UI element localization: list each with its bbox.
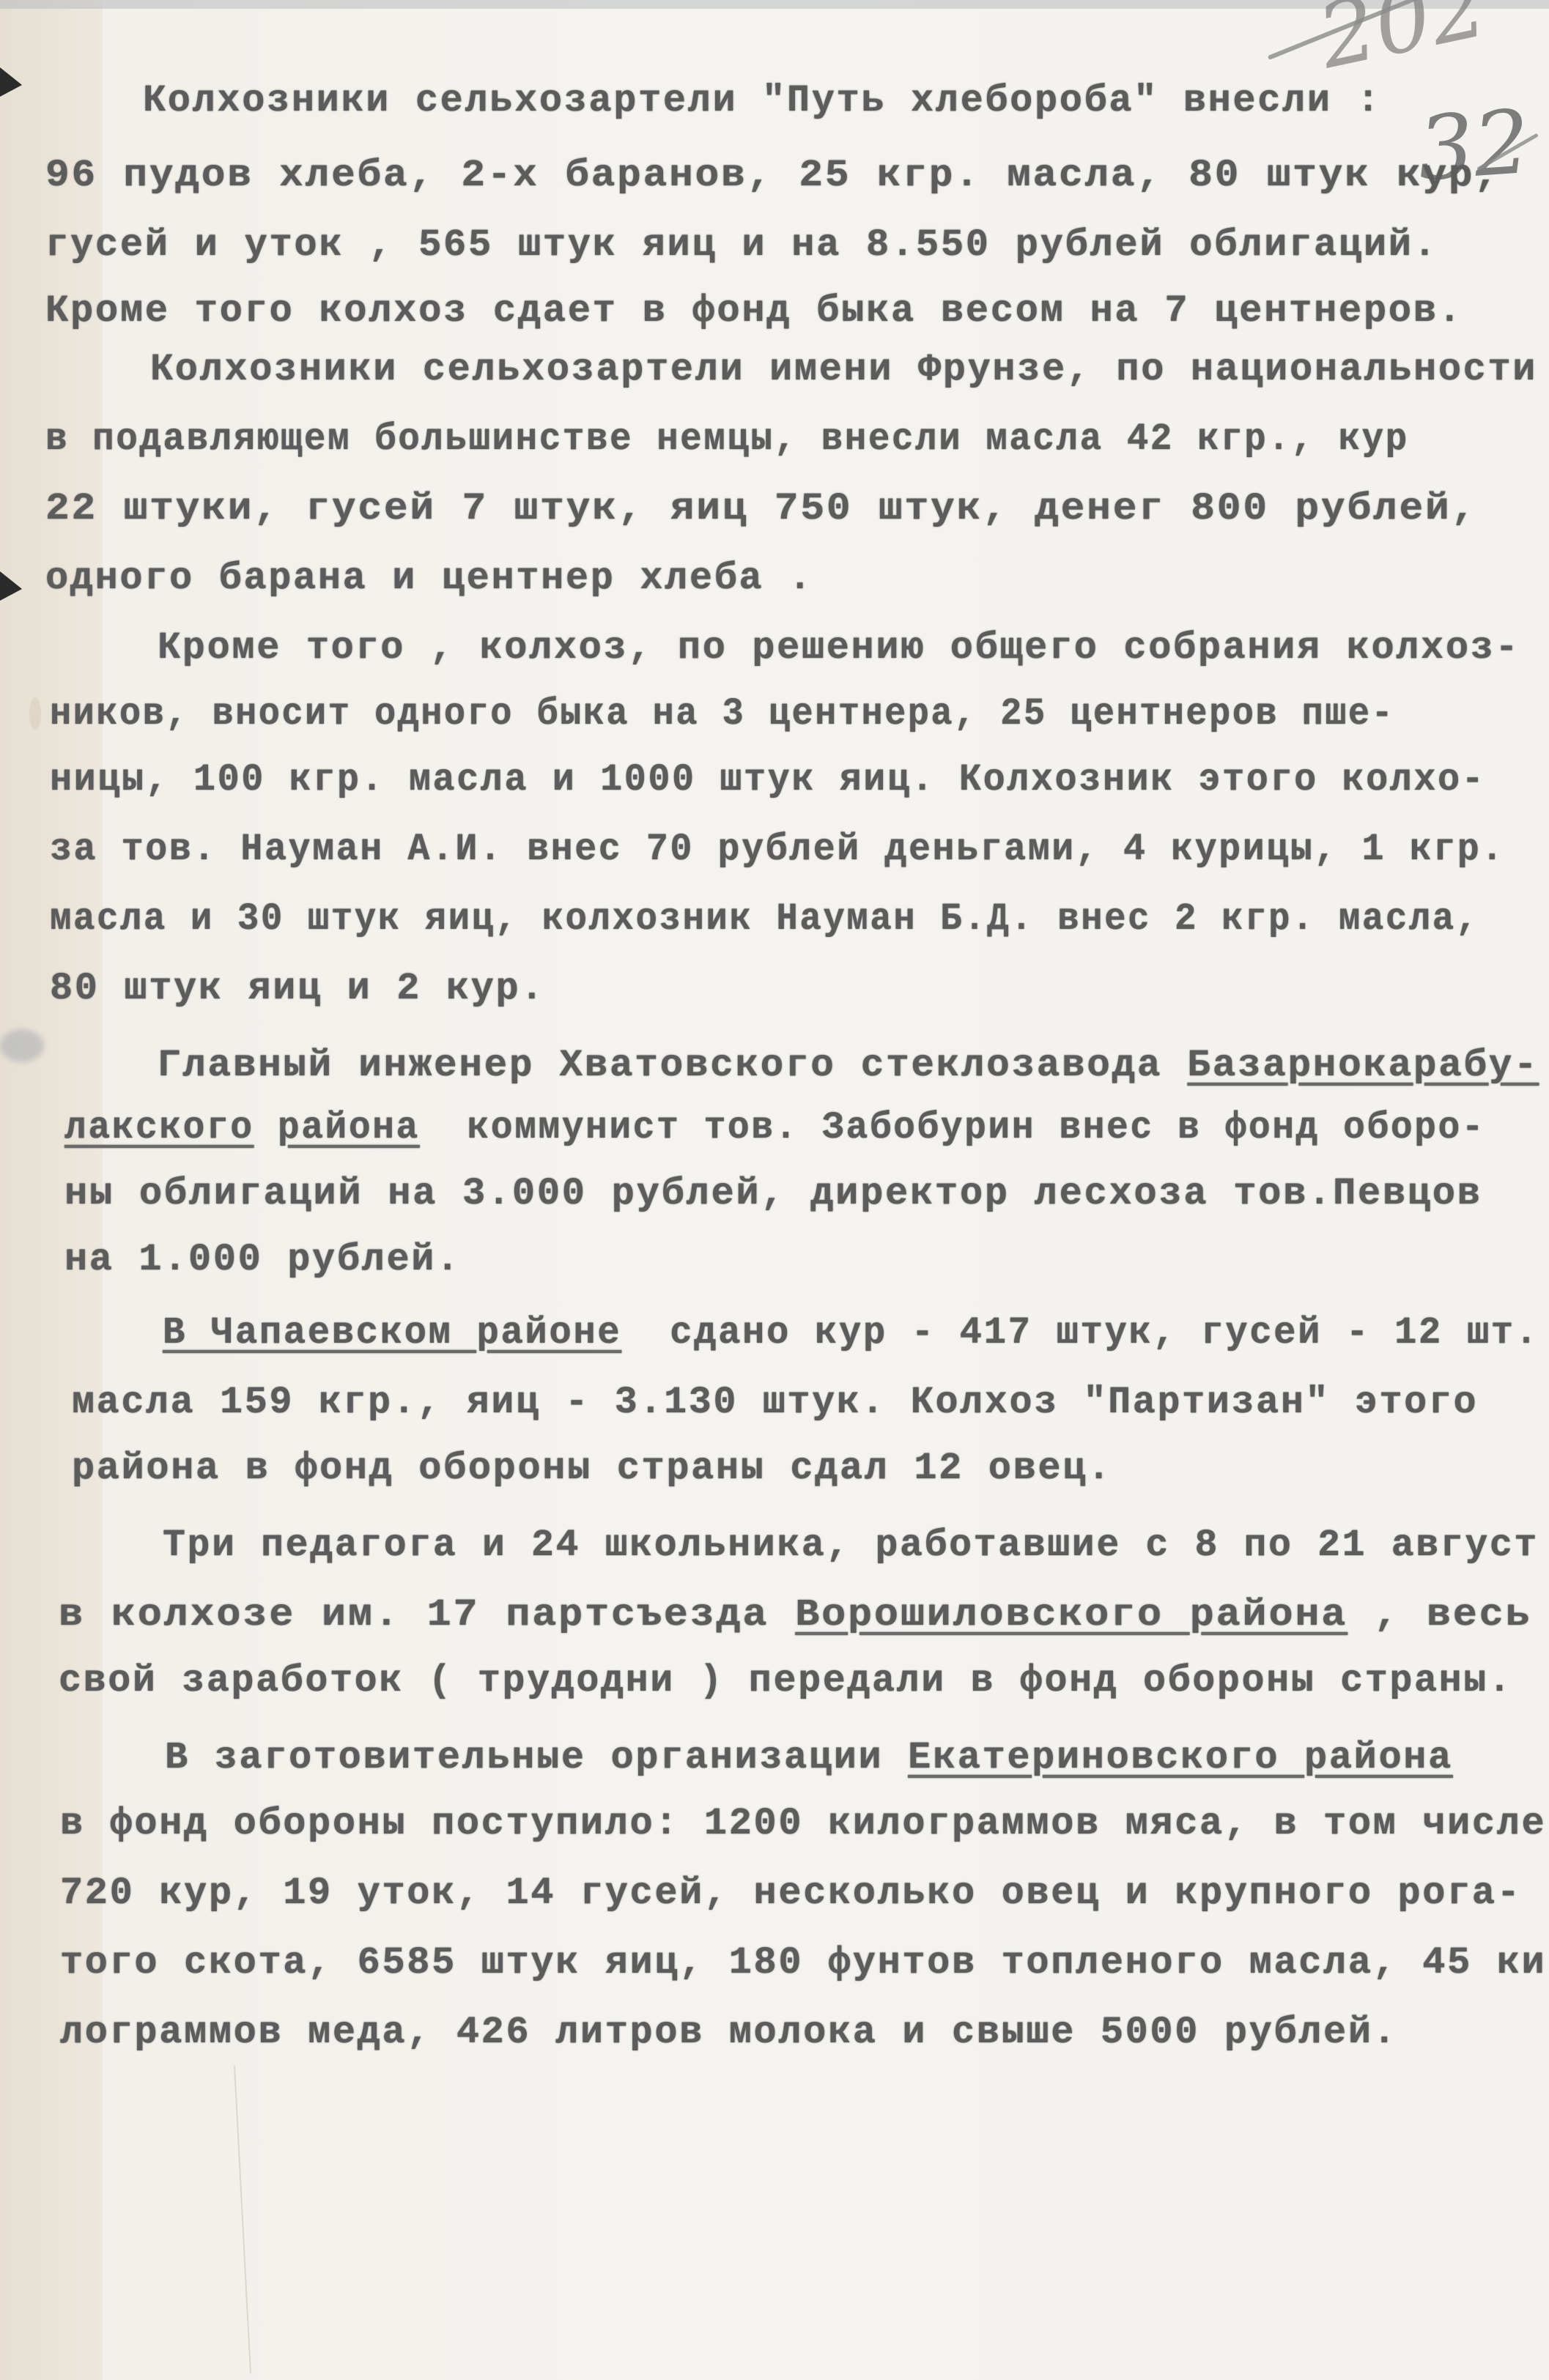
text-line: лограммов меда, 426 литров молока и свыш…	[60, 2011, 1397, 2055]
text-line: Кроме того , колхоз, по решению общего с…	[158, 626, 1520, 670]
text-line: В заготовительные организации Екатеринов…	[165, 1736, 1453, 1780]
text-line: на 1.000 рублей.	[64, 1238, 461, 1282]
text-line: Главный инженер Хватовского стеклозавода…	[158, 1044, 1539, 1088]
text-line: в подавляющем большинстве немцы, внесли …	[45, 418, 1409, 461]
text-line: Кроме того колхоз сдает в фонд быка весо…	[45, 289, 1463, 333]
text-line: В Чапаевском районе сдано кур - 417 штук…	[163, 1311, 1539, 1355]
underlined-district-name: лакского	[64, 1106, 254, 1149]
underlined-district-name: Ворошиловского района	[795, 1593, 1347, 1636]
underlined-district-name: Екатериновского района	[908, 1736, 1453, 1779]
text-line: за тов. Науман А.И. внес 70 рублей деньг…	[50, 828, 1505, 872]
underlined-district-name: В Чапаевском районе	[163, 1311, 621, 1354]
text-line: одного барана и центнер хлеба .	[45, 557, 813, 601]
text-line: масла и 30 штук яиц, колхозник Науман Б.…	[50, 897, 1479, 941]
text-line: 720 кур, 19 уток, 14 гусей, несколько ов…	[60, 1872, 1522, 1916]
underlined-district-word: района	[278, 1106, 420, 1149]
text-line: района в фонд обороны страны сдал 12 ове…	[72, 1447, 1112, 1491]
text-line: ников, вносит одного быка на 3 центнера,…	[50, 692, 1394, 736]
text-line: Три педагога и 24 школьника, работавшие …	[163, 1524, 1539, 1568]
paper-crease	[234, 2066, 251, 2373]
text-line: 96 пудов хлеба, 2-х баранов, 25 кгр. мас…	[45, 154, 1501, 198]
scanned-document-page: 202 32 Колхозники сельхозартели "Путь хл…	[0, 0, 1549, 2380]
text-line: в колхозе им. 17 партсъезда Ворошиловско…	[59, 1593, 1531, 1637]
text-line: того скота, 6585 штук яиц, 180 фунтов то…	[60, 1941, 1549, 1985]
text-line: свой заработок ( трудодни ) передали в ф…	[59, 1659, 1513, 1703]
text-line: в фонд обороны поступило: 1200 килограмм…	[60, 1802, 1546, 1846]
text-line: Колхозники сельхозартели имени Фрунзе, п…	[150, 348, 1537, 392]
crossed-out-page-number: 202	[1310, 0, 1496, 89]
text-line: 22 штуки, гусей 7 штук, яиц 750 штук, де…	[45, 487, 1477, 531]
underlined-district-name: Базарнокарабу-	[1187, 1044, 1539, 1087]
text-line: гусей и уток , 565 штук яиц и на 8.550 р…	[45, 223, 1438, 267]
paper-stain	[29, 697, 41, 730]
text-line: лакского района коммунист тов. Забобурин…	[64, 1106, 1485, 1150]
text-line: масла 159 кгр., яиц - 3.130 штук. Колхоз…	[72, 1381, 1478, 1425]
paper-stain	[0, 1029, 44, 1062]
text-line: 80 штук яиц и 2 кур.	[50, 967, 545, 1011]
text-line: ны облигаций на 3.000 рублей, директор л…	[64, 1172, 1482, 1216]
text-line: Колхозники сельхозартели "Путь хлебороба…	[143, 79, 1381, 123]
text-line: ницы, 100 кгр. масла и 1000 штук яиц. Ко…	[50, 758, 1485, 802]
